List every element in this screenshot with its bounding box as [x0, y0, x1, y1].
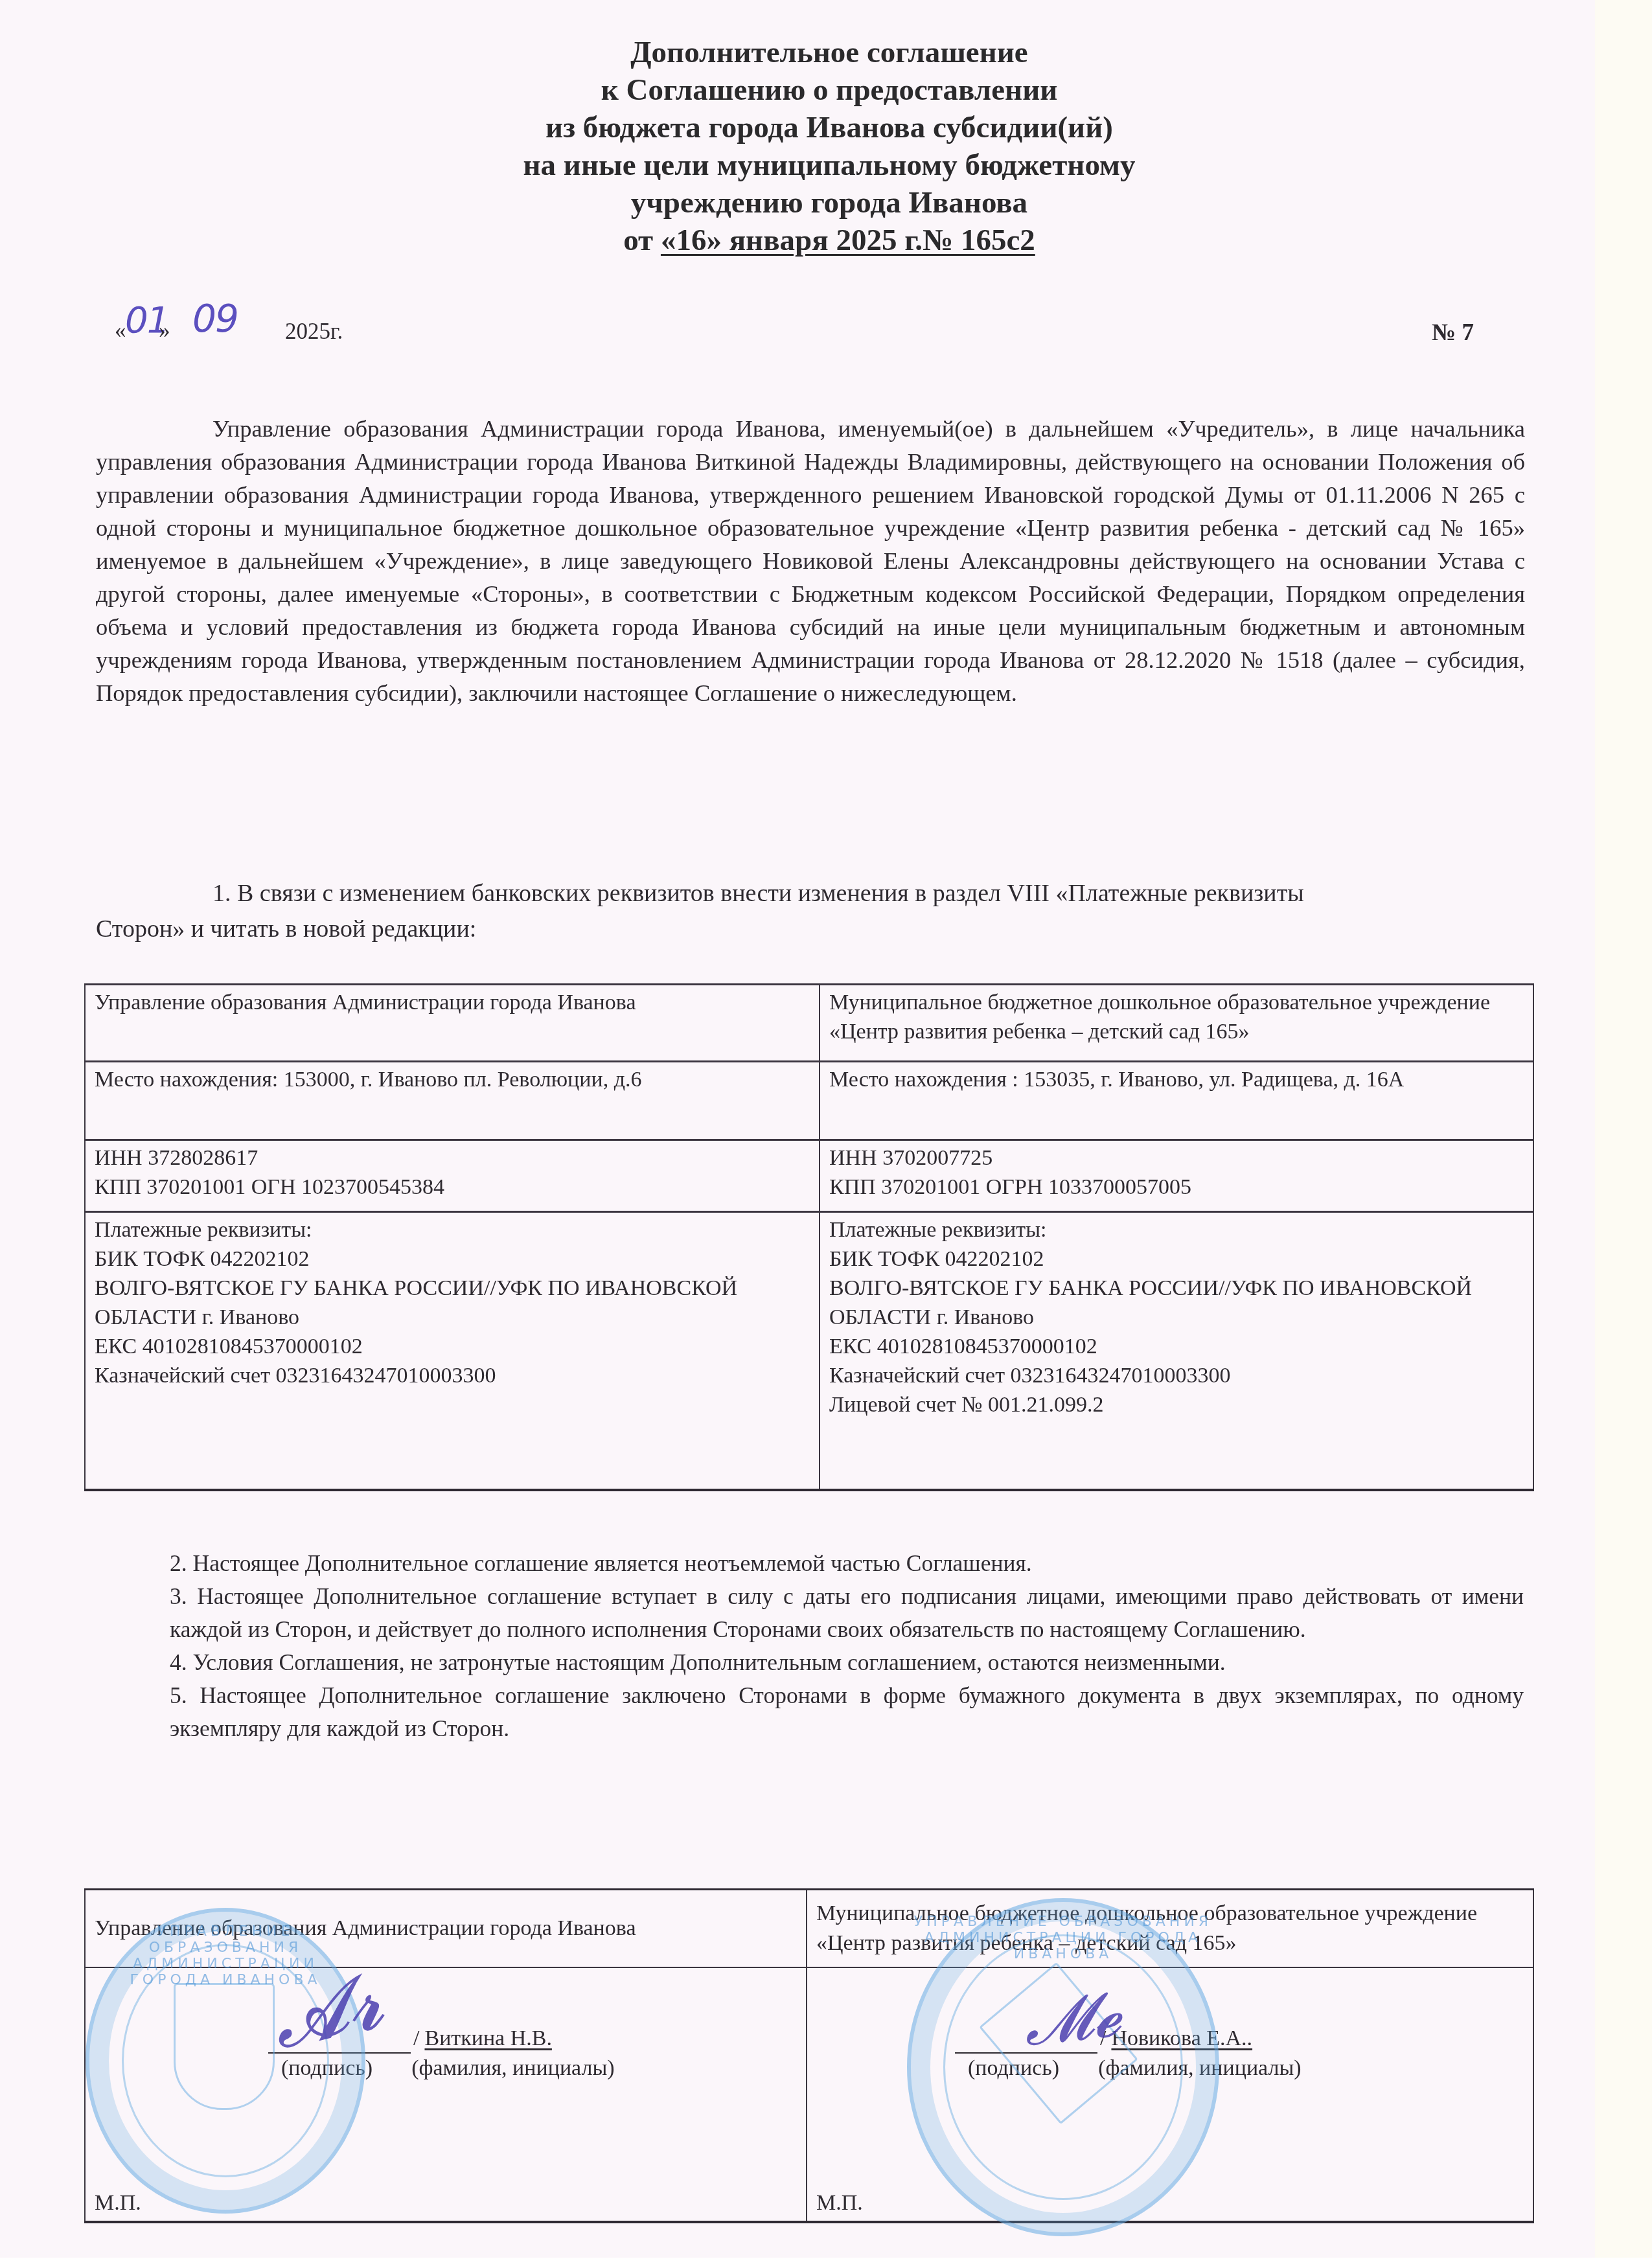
payment-line: Казначейский счет 03231643247010003300	[829, 1361, 1524, 1390]
title-line: из бюджета города Иванова субсидии(ий)	[259, 109, 1399, 146]
handwritten-month: 09	[192, 297, 238, 341]
title-line: учреждению города Иванова	[259, 184, 1399, 222]
close-quote: »	[159, 317, 170, 343]
left-inn: ИНН 3728028617	[95, 1143, 810, 1173]
right-kpp-ogrn: КПП 370201001 ОГРН 1033700057005	[829, 1173, 1524, 1202]
title-line-date: от «16» января 2025 г.№ 165с2	[259, 222, 1399, 259]
table-row: Управление образования Администрации гор…	[85, 985, 1533, 1062]
open-quote: «	[115, 317, 126, 343]
payment-line: ЕКС 40102810845370000102	[829, 1332, 1524, 1361]
document-title: Дополнительное соглашение к Соглашению о…	[259, 34, 1399, 259]
payment-line: ВОЛГО-ВЯТСКОЕ ГУ БАНКА РОССИИ//УФК ПО ИВ…	[829, 1274, 1524, 1332]
official-stamp-icon: УПРАВЛЕНИЕ ОБРАЗОВАНИЯ АДМИНИСТРАЦИИ ГОР…	[86, 1908, 365, 2214]
slash: /	[413, 2026, 419, 2050]
clause-1: 1. В связи с изменением банковских рекви…	[96, 876, 1392, 947]
handwritten-signature-icon: 𝓜𝓮	[1020, 1977, 1124, 2061]
right-inn: ИНН 3702007725	[829, 1143, 1524, 1173]
title-date-underlined: «16» января 2025 г.№ 165с2	[661, 223, 1035, 257]
left-kpp-ogrn: КПП 370201001 ОГН 1023700545384	[95, 1173, 810, 1202]
coat-of-arms-icon	[174, 1983, 275, 2110]
left-payment-details: Платежные реквизиты: БИК ТОФК 042202102 …	[85, 1212, 820, 1491]
payment-line: БИК ТОФК 042202102	[95, 1244, 810, 1274]
clause-5: 5. Настоящее Дополнительное соглашение з…	[170, 1679, 1524, 1745]
clauses-list: 2. Настоящее Дополнительное соглашение я…	[170, 1547, 1524, 1745]
title-date-prefix: от	[623, 223, 661, 257]
seal-mark: М.П.	[816, 2188, 863, 2218]
payment-line: Платежные реквизиты:	[95, 1215, 810, 1244]
payment-line: Лицевой счет № 001.21.099.2	[829, 1390, 1524, 1419]
scan-bottom-strip	[0, 2258, 1652, 2268]
payment-line: Казначейский счет 03231643247010003300	[95, 1361, 810, 1390]
right-party-address: Место нахождения : 153035, г. Иваново, у…	[820, 1062, 1533, 1140]
left-party-address: Место нахождения: 153000, г. Иваново пл.…	[85, 1062, 820, 1140]
stamp-text: УПРАВЛЕНИЕ ОБРАЗОВАНИЯ АДМИНИСТРАЦИИ ГОР…	[911, 1914, 1215, 1962]
clause-2: 2. Настоящее Дополнительное соглашение я…	[170, 1547, 1524, 1580]
payment-line: ЕКС 40102810845370000102	[95, 1332, 810, 1361]
seal-mark: М.П.	[95, 2188, 141, 2218]
title-line: Дополнительное соглашение	[259, 34, 1399, 71]
table-row: ИНН 3728028617 КПП 370201001 ОГН 1023700…	[85, 1140, 1533, 1212]
clause-3: 3. Настоящее Дополнительное соглашение в…	[170, 1580, 1524, 1646]
right-party-name: Муниципальное бюджетное дошкольное образ…	[820, 985, 1533, 1062]
payment-line: БИК ТОФК 042202102	[829, 1244, 1524, 1274]
intro-paragraph: Управление образования Администрации гор…	[96, 412, 1525, 709]
caption-name: (фамилия, инициалы)	[411, 2054, 614, 2083]
title-line: к Соглашению о предоставлении	[259, 71, 1399, 109]
title-line: на иные цели муниципальному бюджетному	[259, 146, 1399, 184]
right-payment-details: Платежные реквизиты: БИК ТОФК 042202102 …	[820, 1212, 1533, 1491]
requisites-table: Управление образования Администрации гор…	[84, 983, 1534, 1491]
table-row: Место нахождения: 153000, г. Иваново пл.…	[85, 1062, 1533, 1140]
agreement-number: № 7	[1432, 319, 1474, 347]
left-party-ids: ИНН 3728028617 КПП 370201001 ОГН 1023700…	[85, 1140, 820, 1212]
official-stamp-icon: УПРАВЛЕНИЕ ОБРАЗОВАНИЯ АДМИНИСТРАЦИИ ГОР…	[907, 1898, 1219, 2236]
payment-line: Платежные реквизиты:	[829, 1215, 1524, 1244]
table-row: Платежные реквизиты: БИК ТОФК 042202102 …	[85, 1212, 1533, 1491]
date-row: « 01 » 09 2025г. № 7	[94, 304, 1474, 350]
clause-4: 4. Условия Соглашения, не затронутые нас…	[170, 1646, 1524, 1679]
right-party-ids: ИНН 3702007725 КПП 370201001 ОГРН 103370…	[820, 1140, 1533, 1212]
date-year: 2025г.	[285, 319, 343, 345]
left-party-name: Управление образования Администрации гор…	[85, 985, 820, 1062]
scan-edge-strip	[1595, 0, 1652, 2268]
payment-line: ВОЛГО-ВЯТСКОЕ ГУ БАНКА РОССИИ//УФК ПО ИВ…	[95, 1274, 810, 1332]
signatory-name: Виткина Н.В.	[424, 2026, 551, 2050]
